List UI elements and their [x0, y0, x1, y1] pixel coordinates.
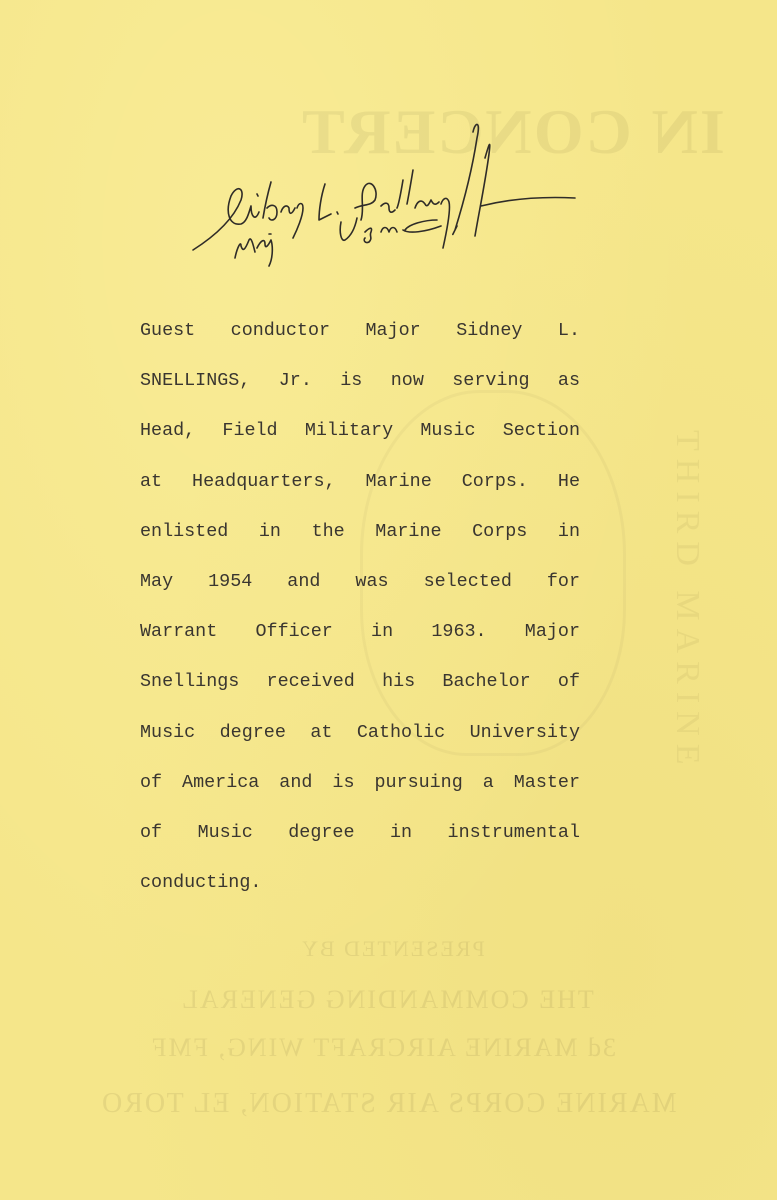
- bio-line: May 1954 and was selected for: [140, 567, 580, 617]
- bleed-through-wing: 3d MARINE AIRCRAFT WING, FMF: [150, 1033, 616, 1063]
- bleed-through-station: MARINE CORPS AIR STATION, EL TORO: [100, 1088, 677, 1120]
- bio-line: SNELLINGS, Jr. is now serving as: [140, 366, 580, 416]
- bio-line: Head, Field Military Music Section: [140, 416, 580, 466]
- bio-line: of America and is pursuing a Master: [140, 768, 580, 818]
- bio-line: conducting.: [140, 868, 580, 918]
- document-page: IN CONCERT THIRD MARINE PRESENTED BY THE…: [0, 0, 777, 1200]
- bio-line: Snellings received his Bachelor of: [140, 667, 580, 717]
- conductor-biography: Guest conductor Major Sidney L. SNELLING…: [140, 316, 580, 918]
- bio-line: of Music degree in instrumental: [140, 818, 580, 868]
- bio-line: at Headquarters, Marine Corps. He: [140, 467, 580, 517]
- bio-line: enlisted in the Marine Corps in: [140, 517, 580, 567]
- bio-line: Guest conductor Major Sidney L.: [140, 316, 580, 366]
- handwritten-signature: [185, 108, 585, 268]
- bleed-through-commanding-general: THE COMMANDING GENERAL: [180, 985, 594, 1015]
- bio-line: Music degree at Catholic University: [140, 718, 580, 768]
- bio-line: Warrant Officer in 1963. Major: [140, 617, 580, 667]
- bleed-through-presented-by: PRESENTED BY: [300, 936, 485, 962]
- bleed-through-vertical-text: THIRD MARINE: [668, 430, 706, 772]
